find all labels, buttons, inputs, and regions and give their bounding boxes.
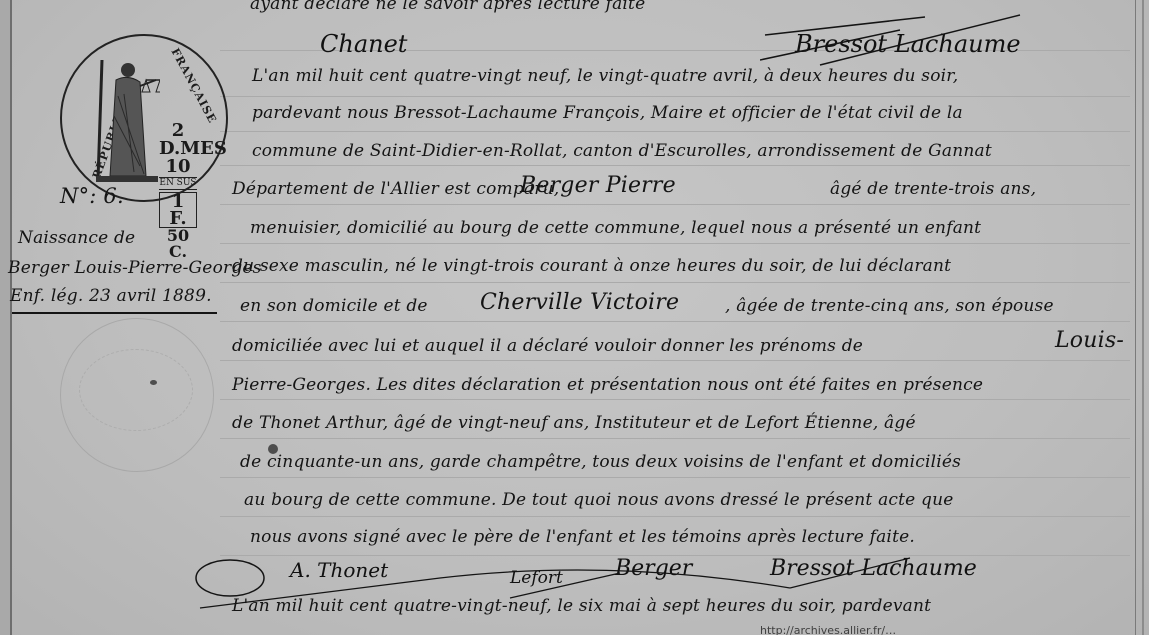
ink-spot: [268, 444, 278, 454]
left-page-edge: [0, 0, 12, 635]
body-line-4b: âgé de trente-trois ans,: [830, 179, 1036, 199]
ruled-line: [220, 243, 1130, 244]
ruled-line: [220, 477, 1130, 478]
ruled-line: [220, 282, 1130, 283]
archive-watermark-url: http://archives.allier.fr/…: [760, 624, 896, 635]
margin-date: Enf. lég. 23 avril 1889.: [10, 286, 212, 306]
ruled-line: [220, 516, 1130, 517]
right-page-edge: [1142, 0, 1144, 635]
faint-seal-inner: [79, 349, 193, 431]
ruled-line: [220, 438, 1130, 439]
body-line-8: domiciliée avec lui et auquel il a décla…: [232, 336, 863, 356]
ink-spot: [150, 380, 157, 385]
child-first-name: Louis-: [1055, 328, 1124, 353]
scanned-register-page: ayant déclaré ne le savoir après lecture…: [0, 0, 1149, 635]
margin-child-name: Berger Louis-Pierre-Georges: [8, 258, 262, 278]
body-line-1: L'an mil huit cent quatre-vingt neuf, le…: [252, 66, 958, 86]
ruled-line: [220, 165, 1130, 166]
signature-flourishes: [190, 548, 1090, 628]
stamp-value-en-sus: EN SUS: [159, 177, 197, 190]
marianne-justice-figure-icon: [94, 56, 160, 184]
body-line-10: de Thonet Arthur, âgé de vingt-neuf ans,…: [232, 413, 916, 433]
next-record-line: L'an mil huit cent quatre-vingt-neuf, le…: [232, 596, 931, 616]
body-line-2: pardevant nous Bressot-Lachaume François…: [252, 103, 963, 123]
record-number: N°: 6.: [60, 184, 124, 208]
signature-chanet: Chanet: [320, 30, 407, 58]
body-line-4: Département de l'Allier est comparu,: [232, 179, 559, 199]
mother-name: Cherville Victoire: [480, 290, 679, 315]
stamp-value-cents: 50 C.: [159, 228, 197, 260]
body-line-3: commune de Saint-Didier-en-Rollat, canto…: [252, 141, 992, 161]
body-line-7: en son domicile et de: [240, 296, 428, 316]
ruled-line: [220, 204, 1130, 205]
ruled-line: [220, 399, 1130, 400]
revenue-stamp: RÉPUBLIQUE FRANÇAISE 2 D.MES 10 EN SUS 1…: [60, 34, 228, 202]
body-line-11: de cinquante-un ans, garde champêtre, to…: [240, 452, 961, 472]
body-line-6: du sexe masculin, né le vingt-trois cour…: [232, 256, 951, 276]
margin-title: Naissance de: [18, 228, 135, 248]
father-name: Berger Pierre: [520, 173, 676, 198]
margin-underline: [12, 312, 217, 314]
ruled-line: [220, 96, 1130, 97]
ruled-line: [220, 321, 1130, 322]
body-line-5: menuisier, domicilié au bourg de cette c…: [250, 218, 981, 238]
stamp-value-box: 2 D.MES 10 EN SUS 1 F. 50 C.: [159, 122, 197, 260]
ruled-line: [220, 131, 1130, 132]
stamp-value-top: 2 D.MES 10: [159, 122, 197, 176]
top-fragment-text: ayant déclaré ne le savoir après lecture…: [250, 0, 645, 14]
body-line-7b: , âgée de trente-cinq ans, son épouse: [725, 296, 1054, 316]
ruled-line: [220, 360, 1130, 361]
body-line-13: nous avons signé avec le père de l'enfan…: [250, 527, 915, 547]
right-margin-rule: [1135, 0, 1136, 635]
body-line-9: Pierre-Georges. Les dites déclaration et…: [232, 375, 983, 395]
faint-embossed-seal: [60, 318, 214, 472]
body-line-12: au bourg de cette commune. De tout quoi …: [244, 490, 954, 510]
stamp-value-main: 1 F.: [159, 192, 197, 228]
